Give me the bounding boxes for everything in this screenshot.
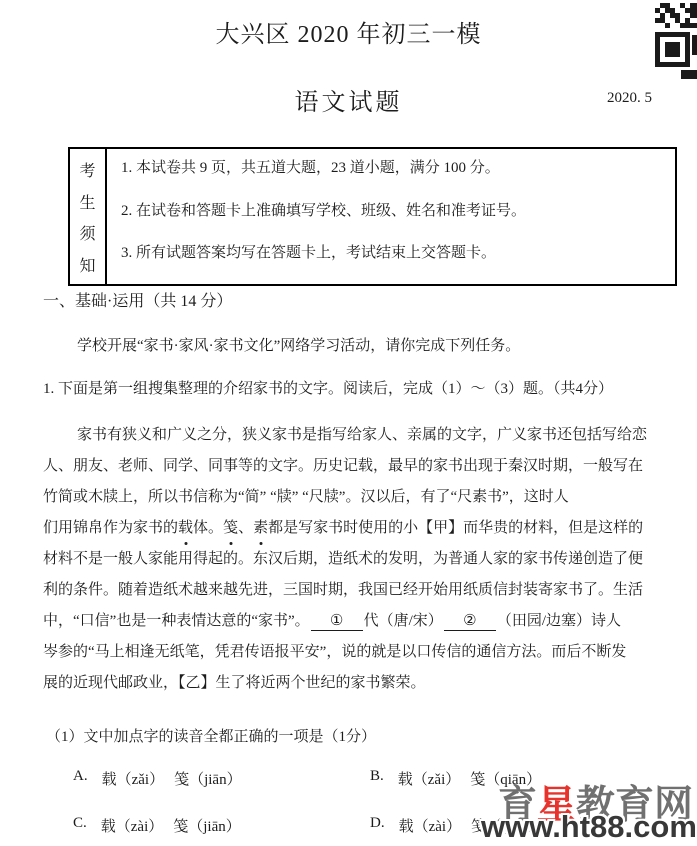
option-label: A. — [73, 768, 88, 789]
intro-paragraph: 学校开展“家书·家风·家书文化”网络学习活动，请你完成下列任务。 — [43, 334, 520, 355]
notice-header: 考 生 须 知 — [70, 149, 107, 284]
option-word: 载（zài） — [399, 815, 461, 836]
question-1: 1. 下面是第一组搜集整理的介绍家书的文字。阅读后，完成（1）～（3）题。（共4… — [43, 377, 613, 398]
notice-item: 3. 所有试题答案均写在答题卡上，考试结束上交答题卡。 — [121, 241, 671, 262]
exam-subject-title: 语文试题 — [0, 82, 697, 117]
notice-item: 1. 本试卷共 9 页，共五道大题，23 道小题，满分 100 分。 — [121, 156, 671, 177]
option-c: C. 载（zài） 笺（jiān） — [73, 815, 241, 836]
option-word: 载（zǎi） — [398, 768, 460, 789]
section-heading: 一、基础·运用（共 14 分） — [43, 288, 232, 311]
notice-items: 1. 本试卷共 9 页，共五道大题，23 道小题，满分 100 分。 2. 在试… — [107, 149, 675, 284]
exam-date: 2020. 5 — [607, 90, 652, 107]
emphasized-char: 笺 — [223, 513, 238, 544]
option-label: C. — [73, 815, 87, 836]
notice-header-char: 生 — [79, 190, 95, 213]
passage: 家书有狭义和广义之分，狭义家书是指写给家人、亲属的文字，广义家书还包括写给恋人、… — [43, 420, 668, 699]
notice-header-char: 知 — [79, 253, 95, 276]
question-1-1-stem: （1）文中加点字的读音全都正确的一项是（1分） — [46, 725, 376, 746]
notice-header-char: 须 — [79, 221, 95, 244]
emphasized-char: 素 — [253, 513, 268, 544]
notice-item: 2. 在试卷和答题卡上准确填写学校、班级、姓名和准考证号。 — [121, 199, 671, 220]
notice-header-char: 考 — [79, 158, 95, 181]
option-label: D. — [370, 815, 385, 836]
emphasized-char: 载 — [178, 513, 193, 544]
option-label: B. — [370, 768, 384, 789]
watermark-url: www.ht88.com — [481, 811, 697, 842]
notice-table: 考 生 须 知 1. 本试卷共 9 页，共五道大题，23 道小题，满分 100 … — [68, 147, 677, 286]
option-word: 笺（jiān） — [173, 815, 241, 836]
option-word: 载（zǎi） — [102, 768, 164, 789]
page-title: 大兴区 2020 年初三一模 — [0, 14, 697, 49]
option-word: 载（zài） — [101, 815, 163, 836]
option-a: A. 载（zǎi） 笺（jiān） — [73, 768, 242, 789]
exam-paper-page: 大兴区 2020 年初三一模 语文试题 2020. 5 考 生 须 知 1. 本… — [0, 0, 697, 846]
option-word: 笺（jiān） — [174, 768, 242, 789]
fill-in-blank: ② — [444, 612, 496, 631]
fill-in-blank: ① — [311, 612, 363, 631]
